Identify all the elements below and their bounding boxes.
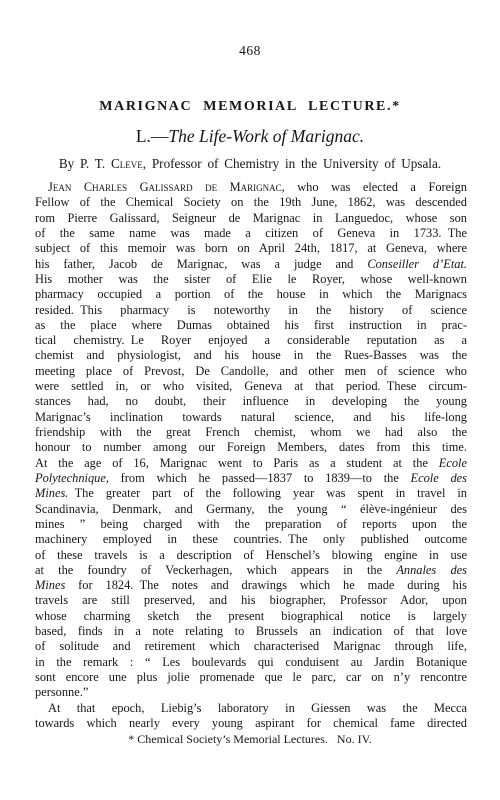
body-line-segment: in the remark : “ Les boulevards qui con… — [35, 655, 467, 669]
body-line-segment: tical chemistry. Le Royer enjoyed a cons… — [35, 333, 467, 347]
body-line: honour to number among our Foreign Membe… — [35, 440, 467, 455]
body-line-segment: Ecole des — [411, 471, 467, 485]
body-line-segment: machinery employed in these countries. T… — [35, 532, 467, 546]
body-line: personne.” — [35, 685, 467, 700]
body-line: At the age of 16, Marignac went to Paris… — [35, 456, 467, 471]
body-line: chemist and physiologist, and his house … — [35, 348, 467, 363]
body-line-segment: friendship with the great French chemist… — [35, 425, 467, 439]
body-line: mines ” being charged with the preparati… — [35, 517, 467, 532]
body-line: His mother was the sister of Elie le Roy… — [35, 272, 467, 287]
body-line-segment: of solitude and retirement which charact… — [35, 639, 467, 653]
body-line: friendship with the great French chemist… — [35, 425, 467, 440]
body-line: of solitude and retirement which charact… — [35, 639, 467, 654]
byline-post: , Professor of Chemistry in the Universi… — [143, 156, 441, 171]
body-line: as the place where Dumas obtained his fi… — [35, 318, 467, 333]
byline-pre: By P. T. — [59, 156, 111, 171]
body-line-segment: Scandinavia, Denmark, and Germany, the y… — [35, 502, 467, 516]
scanned-journal-page: 468 MARIGNAC MEMORIAL LECTURE.* L.—The L… — [0, 0, 500, 800]
body-line: Mines. The greater part of the following… — [35, 486, 467, 501]
body-line: Fellow of the Chemical Society on the 19… — [35, 195, 467, 210]
body-line-segment: as the place where Dumas obtained his fi… — [35, 318, 467, 332]
body-line-segment: from which he passed—1837 to 1839—to the — [109, 471, 411, 485]
body-line-segment: mines ” being charged with the preparati… — [35, 517, 467, 531]
body-line: at the foundry of Veckerhagen, which app… — [35, 563, 467, 578]
body-line-segment: stances had, no doubt, their influence i… — [35, 394, 467, 408]
body-line: travels are still preserved, and his bio… — [35, 593, 467, 608]
body-text: Jean Charles Galissard de Marignac, who … — [35, 180, 467, 731]
body-line-segment: his father, Jacob de Marignac, was a jud… — [35, 257, 367, 271]
body-line: rom Pierre Galissard, Seigneur de Marign… — [35, 211, 467, 226]
body-line-segment: , who was elected a Foreign — [282, 180, 467, 194]
body-line-segment: were settled in, or who visited, Geneva … — [35, 379, 467, 393]
body-line: of these travels is a description of Hen… — [35, 548, 467, 563]
byline: By P. T. Cleve, Professor of Chemistry i… — [0, 156, 500, 172]
article-subtitle: L.—The Life-Work of Marignac. — [0, 126, 500, 147]
body-line: Scandinavia, Denmark, and Germany, the y… — [35, 502, 467, 517]
body-line-segment: At that epoch, Liebig’s laboratory in Gi… — [48, 701, 467, 715]
lecture-number-prefix: L.— — [136, 126, 169, 146]
body-line: tical chemistry. Le Royer enjoyed a cons… — [35, 333, 467, 348]
body-line-segment: pharmacy occupied a portion of the house… — [35, 287, 467, 301]
body-line-segment: Mines — [35, 578, 65, 592]
byline-author-name: Cleve — [111, 156, 143, 171]
body-line-segment: towards which nearly every young aspiran… — [35, 716, 467, 730]
body-line-segment: The greater part of the following year w… — [68, 486, 467, 500]
body-line: were settled in, or who visited, Geneva … — [35, 379, 467, 394]
body-line: his father, Jacob de Marignac, was a jud… — [35, 257, 467, 272]
body-line-segment: at the foundry of Veckerhagen, which app… — [35, 563, 396, 577]
body-line-segment: sont encore une plus jolie promenade que… — [35, 670, 467, 684]
body-line: sont encore une plus jolie promenade que… — [35, 670, 467, 685]
body-line-segment: Jean Charles Galissard de Marignac — [48, 180, 282, 194]
body-line: Jean Charles Galissard de Marignac, who … — [35, 180, 467, 195]
body-line-segment: Polytechnique, — [35, 471, 109, 485]
body-line-segment: rom Pierre Galissard, Seigneur de Marign… — [35, 211, 467, 225]
body-line-segment: honour to number among our Foreign Membe… — [35, 440, 467, 454]
body-line: Polytechnique, from which he passed—1837… — [35, 471, 467, 486]
body-line: pharmacy occupied a portion of the house… — [35, 287, 467, 302]
body-line-segment: based, finds in a note relating to Bruss… — [35, 624, 467, 638]
body-line-segment: resided. This pharmacy is noteworthy in … — [35, 303, 467, 317]
body-line-segment: Ecole — [439, 456, 467, 470]
body-line: based, finds in a note relating to Bruss… — [35, 624, 467, 639]
body-line-segment: meeting place of Prevost, De Candolle, a… — [35, 364, 467, 378]
body-line: Mines for 1824. The notes and drawings w… — [35, 578, 467, 593]
body-line-segment: His mother was the sister of Elie le Roy… — [35, 272, 467, 286]
body-line-segment: personne.” — [35, 685, 88, 699]
body-line-segment: Conseiller d’Etat. — [367, 257, 467, 271]
body-line-segment: Mines. — [35, 486, 68, 500]
body-line: stances had, no doubt, their influence i… — [35, 394, 467, 409]
body-line-segment: subject of this memoir was born on April… — [35, 241, 467, 255]
body-line-segment: Annales des — [396, 563, 467, 577]
page-number: 468 — [0, 43, 500, 59]
body-line-segment: travels are still preserved, and his bio… — [35, 593, 467, 607]
footnote: * Chemical Society’s Memorial Lectures. … — [0, 732, 500, 747]
body-line: subject of this memoir was born on April… — [35, 241, 467, 256]
lecture-title-italic: The Life-Work of Marignac. — [168, 126, 364, 146]
body-line-segment: whose charming sketch the present biogra… — [35, 609, 467, 623]
body-line: of the same name was made a citizen of G… — [35, 226, 467, 241]
body-line-segment: At the age of 16, Marignac went to Paris… — [35, 456, 439, 470]
body-line-segment: for 1824. The notes and drawings which h… — [65, 578, 467, 592]
body-line: meeting place of Prevost, De Candolle, a… — [35, 364, 467, 379]
body-line: At that epoch, Liebig’s laboratory in Gi… — [35, 701, 467, 716]
body-line: machinery employed in these countries. T… — [35, 532, 467, 547]
body-line: Marignac’s inclination towards natural s… — [35, 410, 467, 425]
body-line-segment: of these travels is a description of Hen… — [35, 548, 467, 562]
body-line: towards which nearly every young aspiran… — [35, 716, 467, 731]
body-line-segment: chemist and physiologist, and his house … — [35, 348, 467, 362]
article-title: MARIGNAC MEMORIAL LECTURE.* — [0, 99, 500, 115]
body-line-segment: of the same name was made a citizen of G… — [35, 226, 467, 240]
body-line-segment: Marignac’s inclination towards natural s… — [35, 410, 467, 424]
body-line: in the remark : “ Les boulevards qui con… — [35, 655, 467, 670]
body-line-segment: Fellow of the Chemical Society on the 19… — [35, 195, 467, 209]
body-line: whose charming sketch the present biogra… — [35, 609, 467, 624]
body-line: resided. This pharmacy is noteworthy in … — [35, 303, 467, 318]
